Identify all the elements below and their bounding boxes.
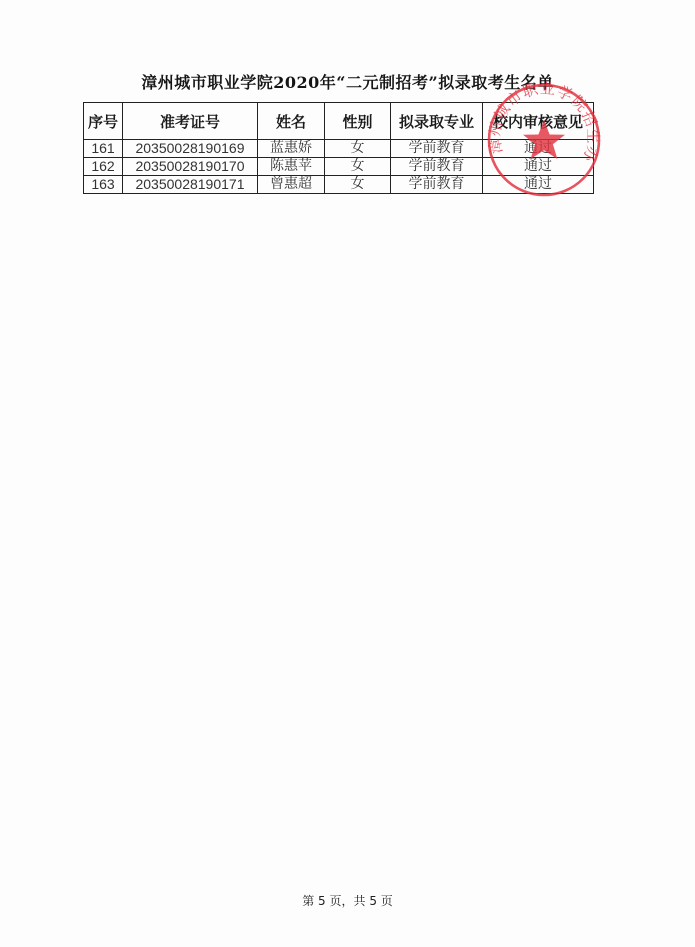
cell-major: 学前教育 — [391, 140, 483, 158]
cell-gender: 女 — [325, 158, 391, 176]
page-footer: 第 5 页，共 5 页 — [0, 892, 695, 909]
table-row: 163 20350028190171 曾惠超 女 学前教育 通过 — [84, 176, 594, 194]
header-seq: 序号 — [84, 103, 123, 140]
header-name: 姓名 — [258, 103, 325, 140]
cell-gender: 女 — [325, 176, 391, 194]
cell-seq: 163 — [84, 176, 123, 194]
cell-review: 通过 — [483, 158, 594, 176]
header-exam-id: 准考证号 — [123, 103, 258, 140]
table-row: 161 20350028190169 蓝惠娇 女 学前教育 通过 — [84, 140, 594, 158]
admission-list-table: 序号 准考证号 姓名 性别 拟录取专业 校内审核意见 161 203500281… — [83, 102, 594, 194]
cell-exam-id: 20350028190170 — [123, 158, 258, 176]
cell-seq: 161 — [84, 140, 123, 158]
cell-major: 学前教育 — [391, 176, 483, 194]
cell-seq: 162 — [84, 158, 123, 176]
cell-gender: 女 — [325, 140, 391, 158]
cell-major: 学前教育 — [391, 158, 483, 176]
table-row: 162 20350028190170 陈惠苹 女 学前教育 通过 — [84, 158, 594, 176]
header-major: 拟录取专业 — [391, 103, 483, 140]
cell-name: 陈惠苹 — [258, 158, 325, 176]
header-gender: 性别 — [325, 103, 391, 140]
cell-review: 通过 — [483, 140, 594, 158]
cell-exam-id: 20350028190171 — [123, 176, 258, 194]
cell-exam-id: 20350028190169 — [123, 140, 258, 158]
header-review: 校内审核意见 — [483, 103, 594, 140]
cell-name: 蓝惠娇 — [258, 140, 325, 158]
cell-review: 通过 — [483, 176, 594, 194]
table-header-row: 序号 准考证号 姓名 性别 拟录取专业 校内审核意见 — [84, 103, 594, 140]
document-title: 漳州城市职业学院2020年“二元制招考”拟录取考生名单 — [0, 70, 695, 93]
cell-name: 曾惠超 — [258, 176, 325, 194]
